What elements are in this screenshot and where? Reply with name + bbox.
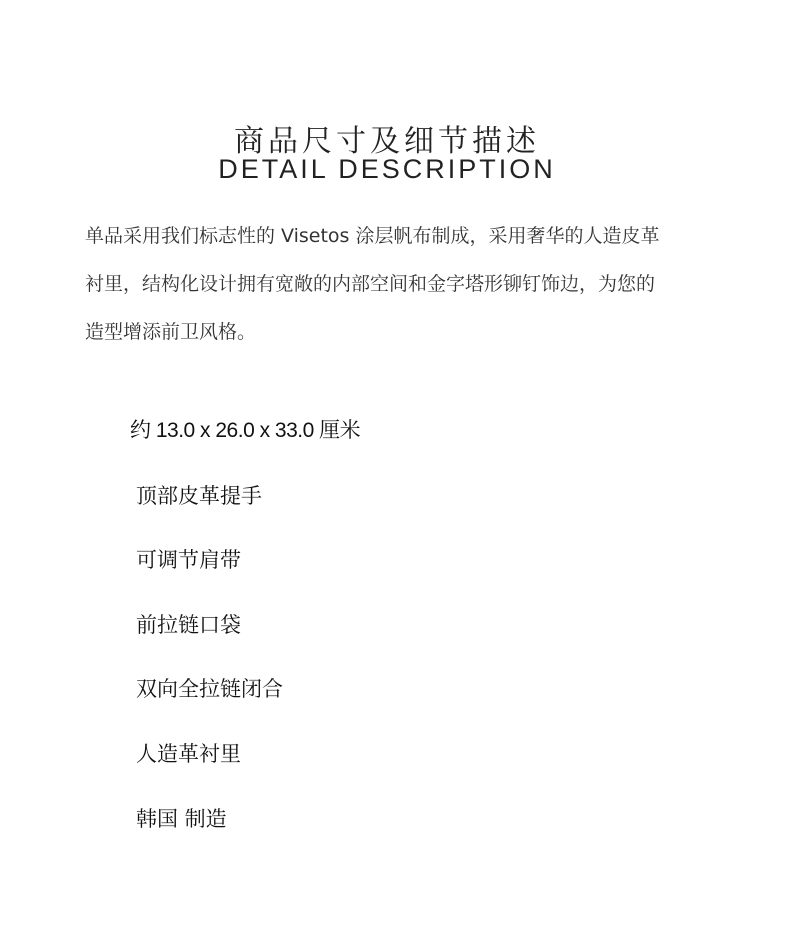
description-line: 造型增添前卫风格。 (85, 308, 705, 356)
spec-item: 顶部皮革提手 (130, 476, 360, 516)
description-line: 衬里，结构化设计拥有宽敞的内部空间和金字塔形铆钉饰边，为您的 (85, 260, 705, 308)
spec-item: 可调节肩带 (130, 540, 360, 580)
spec-item: 前拉链口袋 (130, 605, 360, 645)
spec-item: 双向全拉链闭合 (130, 669, 360, 709)
spec-origin: 韩国 制造 (130, 799, 360, 839)
description-line: 单品采用我们标志性的 Visetos 涂层帆布制成，采用奢华的人造皮革 (85, 212, 705, 260)
section-title-en: DETAIL DESCRIPTION (0, 152, 774, 186)
spec-list: 约 13.0 x 26.0 x 33.0 厘米 顶部皮革提手 可调节肩带 前拉链… (130, 411, 360, 863)
product-description: 单品采用我们标志性的 Visetos 涂层帆布制成，采用奢华的人造皮革 衬里，结… (85, 212, 705, 356)
spec-item: 人造革衬里 (130, 734, 360, 774)
spec-dimensions: 约 13.0 x 26.0 x 33.0 厘米 (130, 411, 360, 451)
